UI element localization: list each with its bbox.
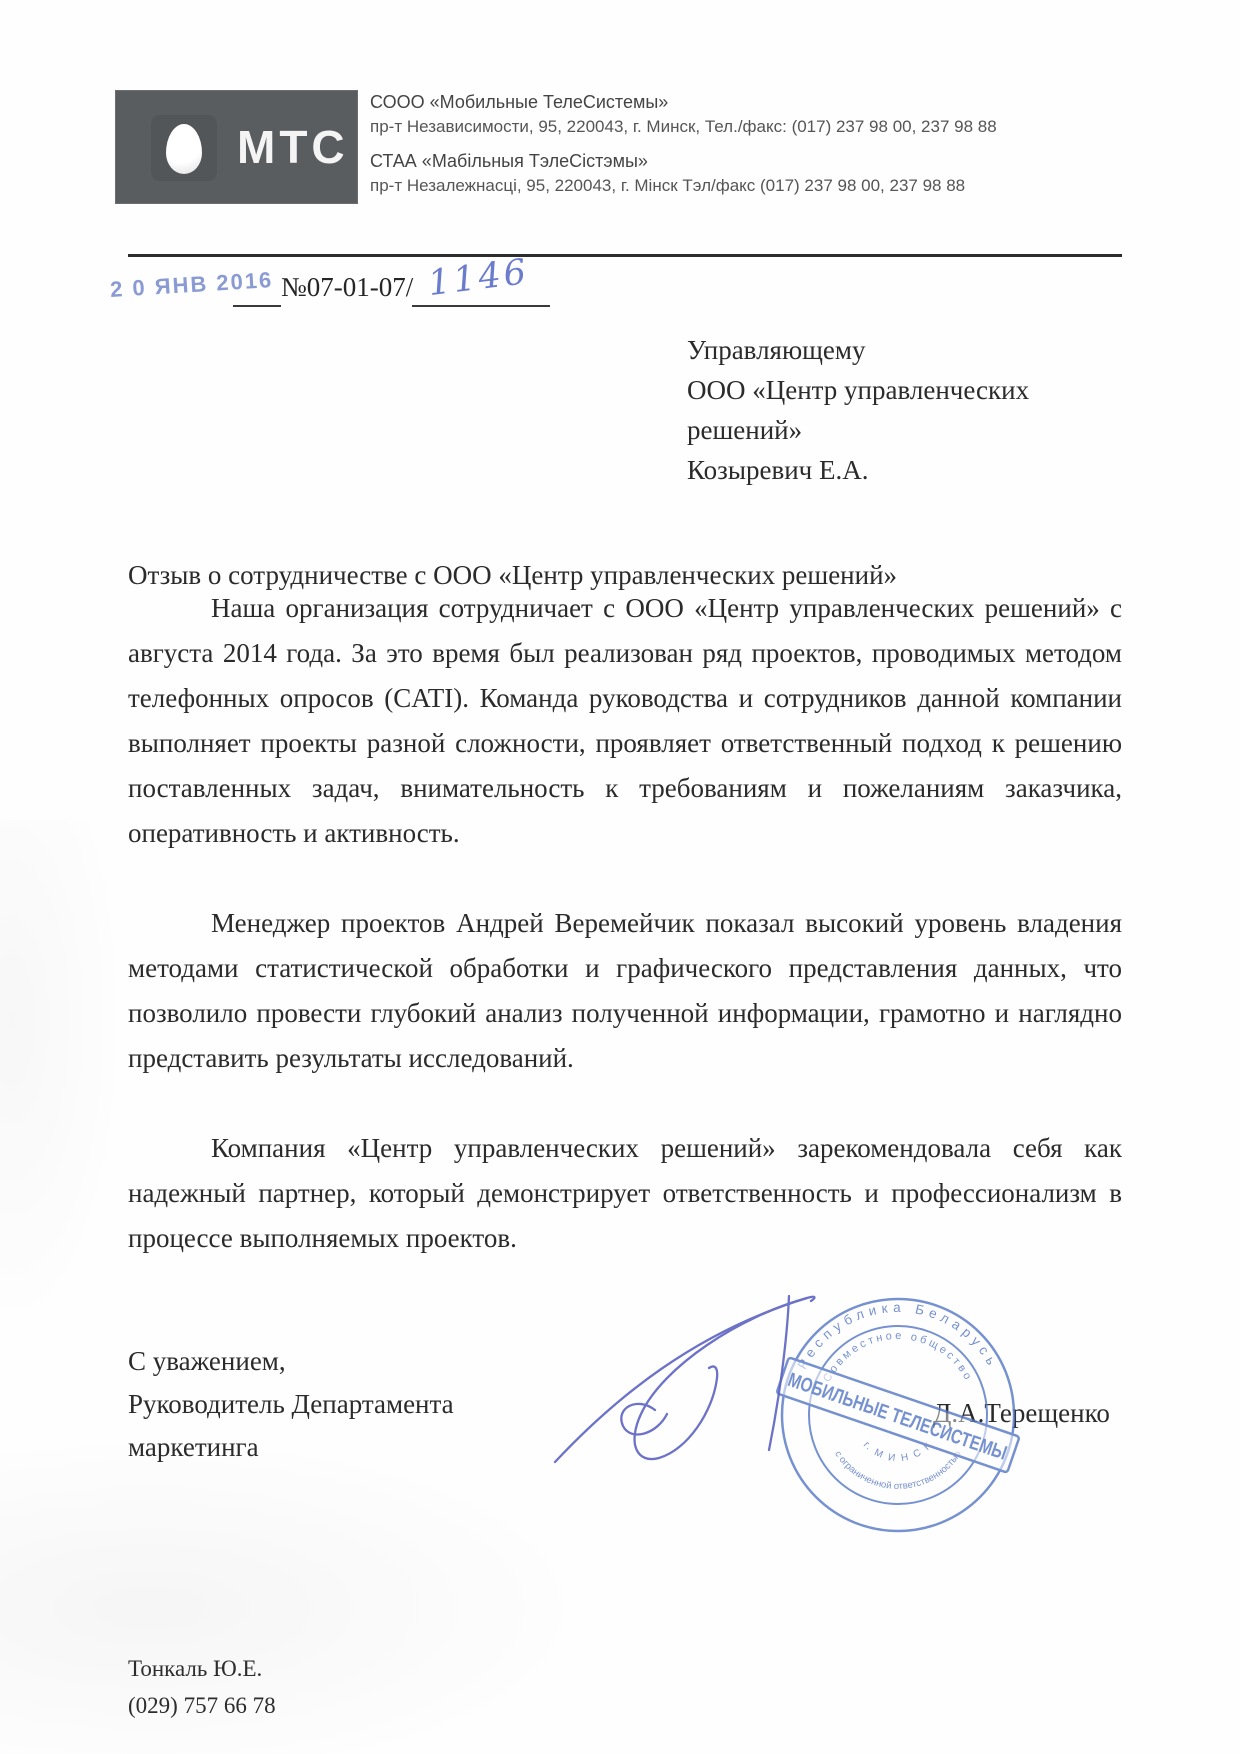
addressee-line: ООО «Центр управленческих xyxy=(687,370,1029,410)
mts-egg-box xyxy=(151,115,217,181)
company-header: СООО «Мобильные ТелеСистемы» пр-т Незави… xyxy=(370,92,1130,210)
signer-title-line: Руководитель Департамента xyxy=(128,1383,454,1426)
letter-body: Наша организация сотрудничает с ООО «Цен… xyxy=(128,586,1122,1306)
scan-noise xyxy=(0,820,120,1320)
reference-number-handwritten: 1146 xyxy=(426,252,531,304)
mts-logo-text: МТС xyxy=(237,120,349,174)
executor-phone: (029) 757 66 78 xyxy=(128,1687,276,1724)
addressee-line: решений» xyxy=(687,410,1029,450)
mts-logo: МТС xyxy=(115,90,358,204)
header-divider xyxy=(128,254,1122,257)
scan-noise xyxy=(0,1430,600,1754)
letter-page: МТС СООО «Мобильные ТелеСистемы» пр-т Не… xyxy=(0,0,1240,1754)
reference-blank-line xyxy=(412,305,550,307)
closing-line: С уважением, xyxy=(128,1340,454,1383)
company-address-ru: пр-т Независимости, 95, 220043, г. Минск… xyxy=(370,117,1130,137)
closing-block: С уважением, Руководитель Департамента м… xyxy=(128,1340,454,1469)
executor-name: Тонкаль Ю.Е. xyxy=(128,1650,276,1687)
company-name-by: СТАА «Мабільныя ТэлеСістэмы» xyxy=(370,151,1130,172)
addressee-line: Управляющему xyxy=(687,330,1029,370)
incoming-date-stamp: 2 0 ЯНВ 2016 xyxy=(109,267,274,303)
addressee-line: Козыревич Е.А. xyxy=(687,450,1029,490)
body-paragraph: Компания «Центр управленческих решений» … xyxy=(128,1126,1122,1261)
reference-number: №07-01-07/ xyxy=(281,272,413,303)
body-paragraph: Менеджер проектов Андрей Веремейчик пока… xyxy=(128,901,1122,1081)
company-address-by: пр-т Незалежнасці, 95, 220043, г. Мінск … xyxy=(370,176,1130,196)
executor-block: Тонкаль Ю.Е. (029) 757 66 78 xyxy=(128,1650,276,1724)
addressee-block: Управляющему ООО «Центр управленческих р… xyxy=(687,330,1029,490)
mts-egg-icon xyxy=(166,124,202,174)
company-name-ru: СООО «Мобильные ТелеСистемы» xyxy=(370,92,1130,113)
handwritten-signature xyxy=(545,1280,835,1480)
signer-title-line: маркетинга xyxy=(128,1426,454,1469)
body-paragraph: Наша организация сотрудничает с ООО «Цен… xyxy=(128,586,1122,856)
reference-blank-line xyxy=(233,305,281,307)
